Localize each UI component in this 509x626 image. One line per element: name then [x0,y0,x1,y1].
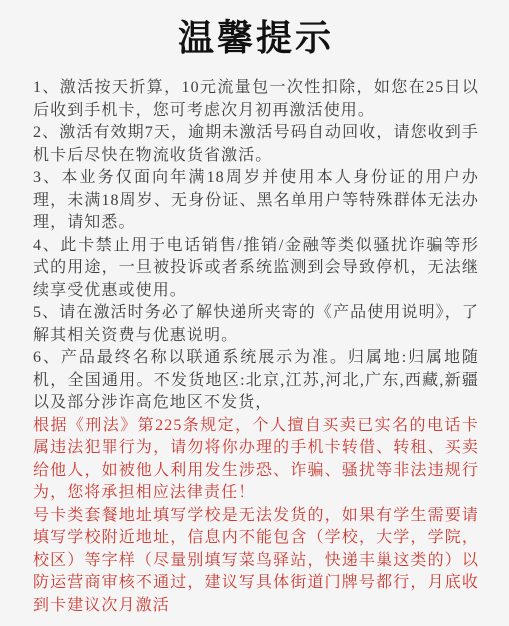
legal-warning-paragraph: 根据《刑法》第225条规定，个人擅自买卖已实名的电话卡属违法犯罪行为，请勿将你办… [33,415,479,505]
notice-body: 1、激活按天折算，10元流量包一次性扣除，如您在25日以后收到手机卡，您可考虑次… [33,77,479,617]
page-title: 温馨提示 [33,16,479,60]
notice-paragraph-1: 1、激活按天折算，10元流量包一次性扣除，如您在25日以后收到手机卡，您可考虑次… [33,77,479,122]
shipping-warning-paragraph: 号卡类套餐地址填写学校是无法发货的，如果有学生需要请填写学校附近地址，信息内不能… [33,505,479,618]
notice-paragraph-3: 3、本业务仅面向年满18周岁并使用本人身份证的用户办理，未满18周岁、无身份证、… [33,167,479,235]
notice-paragraph-6: 6、产品最终名称以联通系统展示为准。归属地:归属地随机，全国通用。不发货地区:北… [33,347,479,415]
notice-paragraph-4: 4、此卡禁止用于电话销售/推销/金融等类似骚扰诈骗等形式的用途，一旦被投诉或者系… [33,235,479,303]
notice-paragraph-5: 5、请在激活时务必了解快递所夹寄的《产品使用说明》，了解其相关资费与优惠说明。 [33,302,479,347]
notice-page: 温馨提示 1、激活按天折算，10元流量包一次性扣除，如您在25日以后收到手机卡，… [0,0,509,626]
notice-paragraph-2: 2、激活有效期7天，逾期未激活号码自动回收，请您收到手机卡后尽快在物流收货省激活… [33,122,479,167]
